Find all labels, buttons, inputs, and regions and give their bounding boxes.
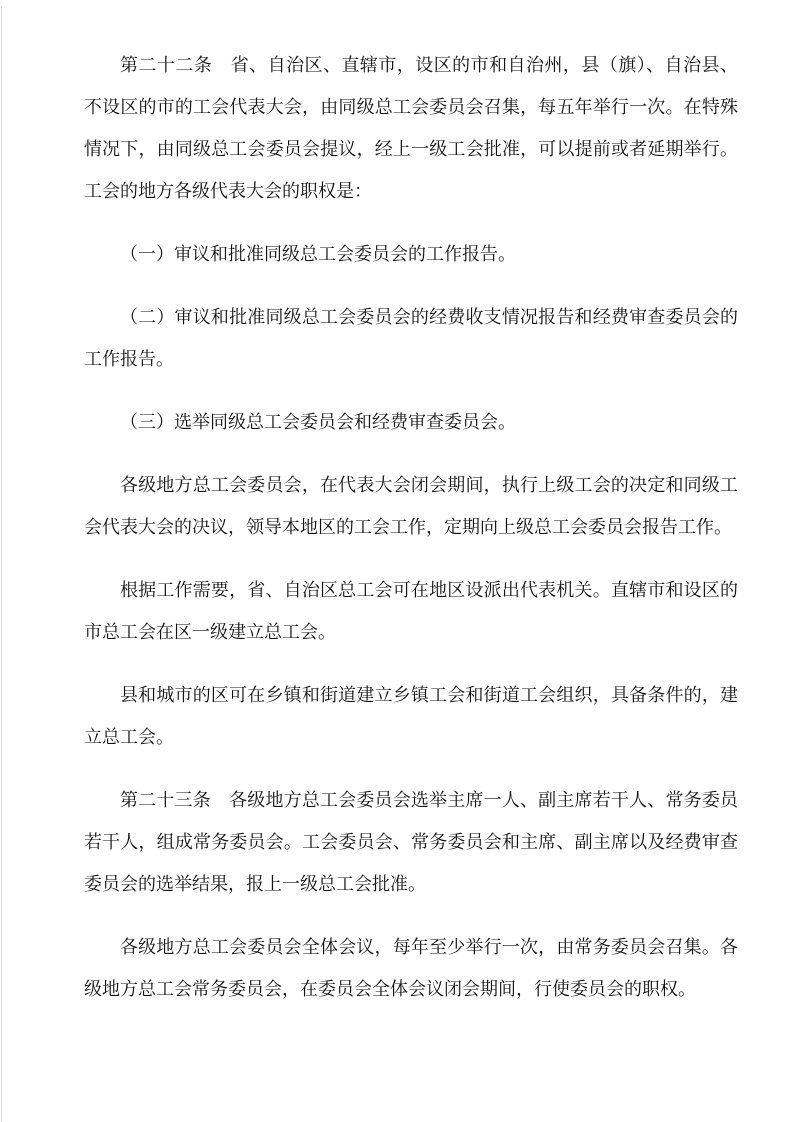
paragraph-township-unions: 县和城市的区可在乡镇和街道建立乡镇工会和街道工会组织，具备条件的，建立总工会。 bbox=[84, 674, 738, 758]
paragraph-article-23: 第二十三条 各级地方总工会委员会选举主席一人、副主席若干人、常务委员若干人，组成… bbox=[84, 779, 738, 905]
paragraph-item-3: （三）选举同级总工会委员会和经费审查委员会。 bbox=[84, 401, 738, 443]
paragraph-plenary-sessions: 各级地方总工会委员会全体会议，每年至少举行一次，由常务委员会召集。各级地方总工会… bbox=[84, 926, 738, 1010]
page-edge-line bbox=[1, 6, 2, 1122]
document-body: 第二十二条 省、自治区、直辖市，设区的市和自治州，县（旗）、自治县、不设区的市的… bbox=[84, 44, 738, 1031]
paragraph-article-22: 第二十二条 省、自治区、直辖市，设区的市和自治州，县（旗）、自治县、不设区的市的… bbox=[84, 44, 738, 212]
document-page: 第二十二条 省、自治区、直辖市，设区的市和自治州，县（旗）、自治县、不设区的市的… bbox=[0, 0, 793, 1122]
paragraph-item-2: （二）审议和批准同级总工会委员会的经费收支情况报告和经费审查委员会的工作报告。 bbox=[84, 296, 738, 380]
paragraph-representative-offices: 根据工作需要，省、自治区总工会可在地区设派出代表机关。直辖市和设区的市总工会在区… bbox=[84, 569, 738, 653]
paragraph-item-1: （一）审议和批准同级总工会委员会的工作报告。 bbox=[84, 233, 738, 275]
paragraph-local-committee-duties: 各级地方总工会委员会，在代表大会闭会期间，执行上级工会的决定和同级工会代表大会的… bbox=[84, 464, 738, 548]
